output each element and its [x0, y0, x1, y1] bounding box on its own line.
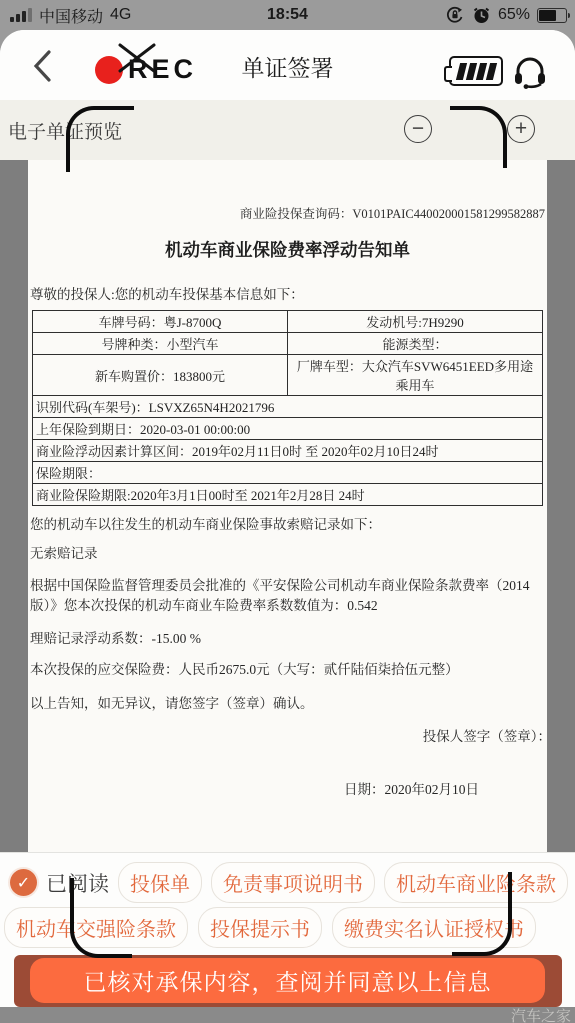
insurance-period-label-cell: 保险期限：	[33, 462, 543, 484]
table-row: 号牌种类：小型汽车 能源类型：	[33, 333, 543, 355]
table-row: 商业险保险期限:2020年3月1日00时至 2021年2月28日 24时	[33, 484, 543, 506]
commercial-period-cell: 商业险保险期限:2020年3月1日00时至 2021年2月28日 24时	[33, 484, 543, 506]
read-check-icon[interactable]: ✓	[10, 869, 37, 896]
phone-screen: 中国移动 4G 18:54 65%	[0, 0, 575, 1023]
confirm-footer: 已核对承保内容，查阅并同意以上信息	[0, 955, 575, 1007]
preview-title: 电子单证预览	[8, 117, 122, 144]
app-window: REC 单证签署 电子单证预览 − +	[0, 30, 575, 1023]
claims-intro-line: 您的机动车以往发生的机动车商业保险事故索赔记录如下：	[28, 515, 547, 535]
tag-payment-auth[interactable]: 缴费实名认证授权书	[332, 907, 536, 948]
bottom-strip: 汽车之家	[0, 1007, 575, 1023]
tag-insurance-tips[interactable]: 投保提示书	[198, 907, 322, 948]
table-row: 识别代码(车架号)：LSVXZ65N4H2021796	[33, 396, 543, 418]
no-claims-line: 无索赔记录	[28, 544, 547, 564]
vin-cell: 识别代码(车架号)：LSVXZ65N4H2021796	[33, 396, 543, 418]
greeting-line: 尊敬的投保人:您的机动车投保基本信息如下：	[28, 283, 547, 303]
headset-icon[interactable]	[511, 52, 549, 90]
floating-factor-period-cell: 商业险浮动因素计算区间：2019年02月11日0时 至 2020年02月10日2…	[33, 440, 543, 462]
plate-number-cell: 车牌号码：粤J-8700Q	[33, 311, 288, 333]
table-row: 上年保险到期日：2020-03-01 00:00:00	[33, 418, 543, 440]
energy-type-cell: 能源类型：	[288, 333, 543, 355]
watermark-label: 汽车之家	[511, 1005, 571, 1023]
read-label: 已阅读	[46, 868, 109, 898]
premium-line: 本次投保的应交保险费：人民币2675.0元（大写：贰仟陆佰柒拾伍元整）	[28, 660, 547, 680]
table-row: 新车购置价：183800元 厂牌车型：大众汽车SVW6451EED多用途乘用车	[33, 355, 543, 396]
tag-compulsory-clauses[interactable]: 机动车交强险条款	[4, 907, 188, 948]
signature-label: 投保人签字（签章）：	[28, 725, 547, 745]
new-car-price-cell: 新车购置价：183800元	[33, 355, 288, 396]
confirm-button[interactable]: 已核对承保内容，查阅并同意以上信息	[30, 958, 545, 1003]
zoom-out-button[interactable]: −	[404, 115, 432, 143]
recorder-battery-icon	[449, 56, 503, 86]
read-confirmation-section: ✓ 已阅读 投保单 免责事项说明书 机动车商业险条款 机动车交强险条款 投保提示…	[0, 852, 575, 955]
document-title: 机动车商业保险费率浮动告知单	[28, 237, 547, 262]
nav-bar: REC 单证签署	[0, 30, 575, 100]
tag-commercial-clauses[interactable]: 机动车商业险条款	[384, 862, 568, 903]
sign-notice-line: 以上告知，如无异议，请您签字（签章）确认。	[28, 694, 547, 714]
table-row: 商业险浮动因素计算区间：2019年02月11日0时 至 2020年02月10日2…	[33, 440, 543, 462]
orientation-lock-icon	[445, 5, 465, 25]
zoom-in-button[interactable]: +	[507, 115, 535, 143]
rate-factor-line: 根据中国保险监督管理委员会批准的《平安保险公司机动车商业保险条款费率（2014版…	[28, 576, 547, 617]
alarm-clock-icon	[472, 6, 491, 25]
preview-toolbar: 电子单证预览 − +	[0, 100, 575, 160]
claim-float-line: 理赔记录浮动系数：-15.00 %	[28, 629, 547, 649]
tag-disclaimer[interactable]: 免责事项说明书	[211, 862, 375, 903]
table-row: 保险期限：	[33, 462, 543, 484]
battery-icon	[537, 8, 567, 23]
plate-type-cell: 号牌种类：小型汽车	[33, 333, 288, 355]
vehicle-info-table: 车牌号码：粤J-8700Q 发动机号:7H9290 号牌种类：小型汽车 能源类型…	[32, 310, 543, 506]
document-page: 商业险投保查询码：V0101PAIC440020001581299582887 …	[28, 160, 547, 852]
query-code: 商业险投保查询码：V0101PAIC440020001581299582887	[28, 204, 547, 222]
model-cell: 厂牌车型：大众汽车SVW6451EED多用途乘用车	[288, 355, 543, 396]
table-row: 车牌号码：粤J-8700Q 发动机号:7H9290	[33, 311, 543, 333]
date-line: 日期：2020年02月10日	[28, 778, 547, 798]
last-year-expiry-cell: 上年保险到期日：2020-03-01 00:00:00	[33, 418, 543, 440]
engine-number-cell: 发动机号:7H9290	[288, 311, 543, 333]
battery-percent-label: 65%	[498, 6, 530, 24]
tag-insurance-application[interactable]: 投保单	[118, 862, 202, 903]
status-bar: 中国移动 4G 18:54 65%	[0, 0, 575, 30]
document-viewer[interactable]: 商业险投保查询码：V0101PAIC440020001581299582887 …	[0, 160, 575, 852]
